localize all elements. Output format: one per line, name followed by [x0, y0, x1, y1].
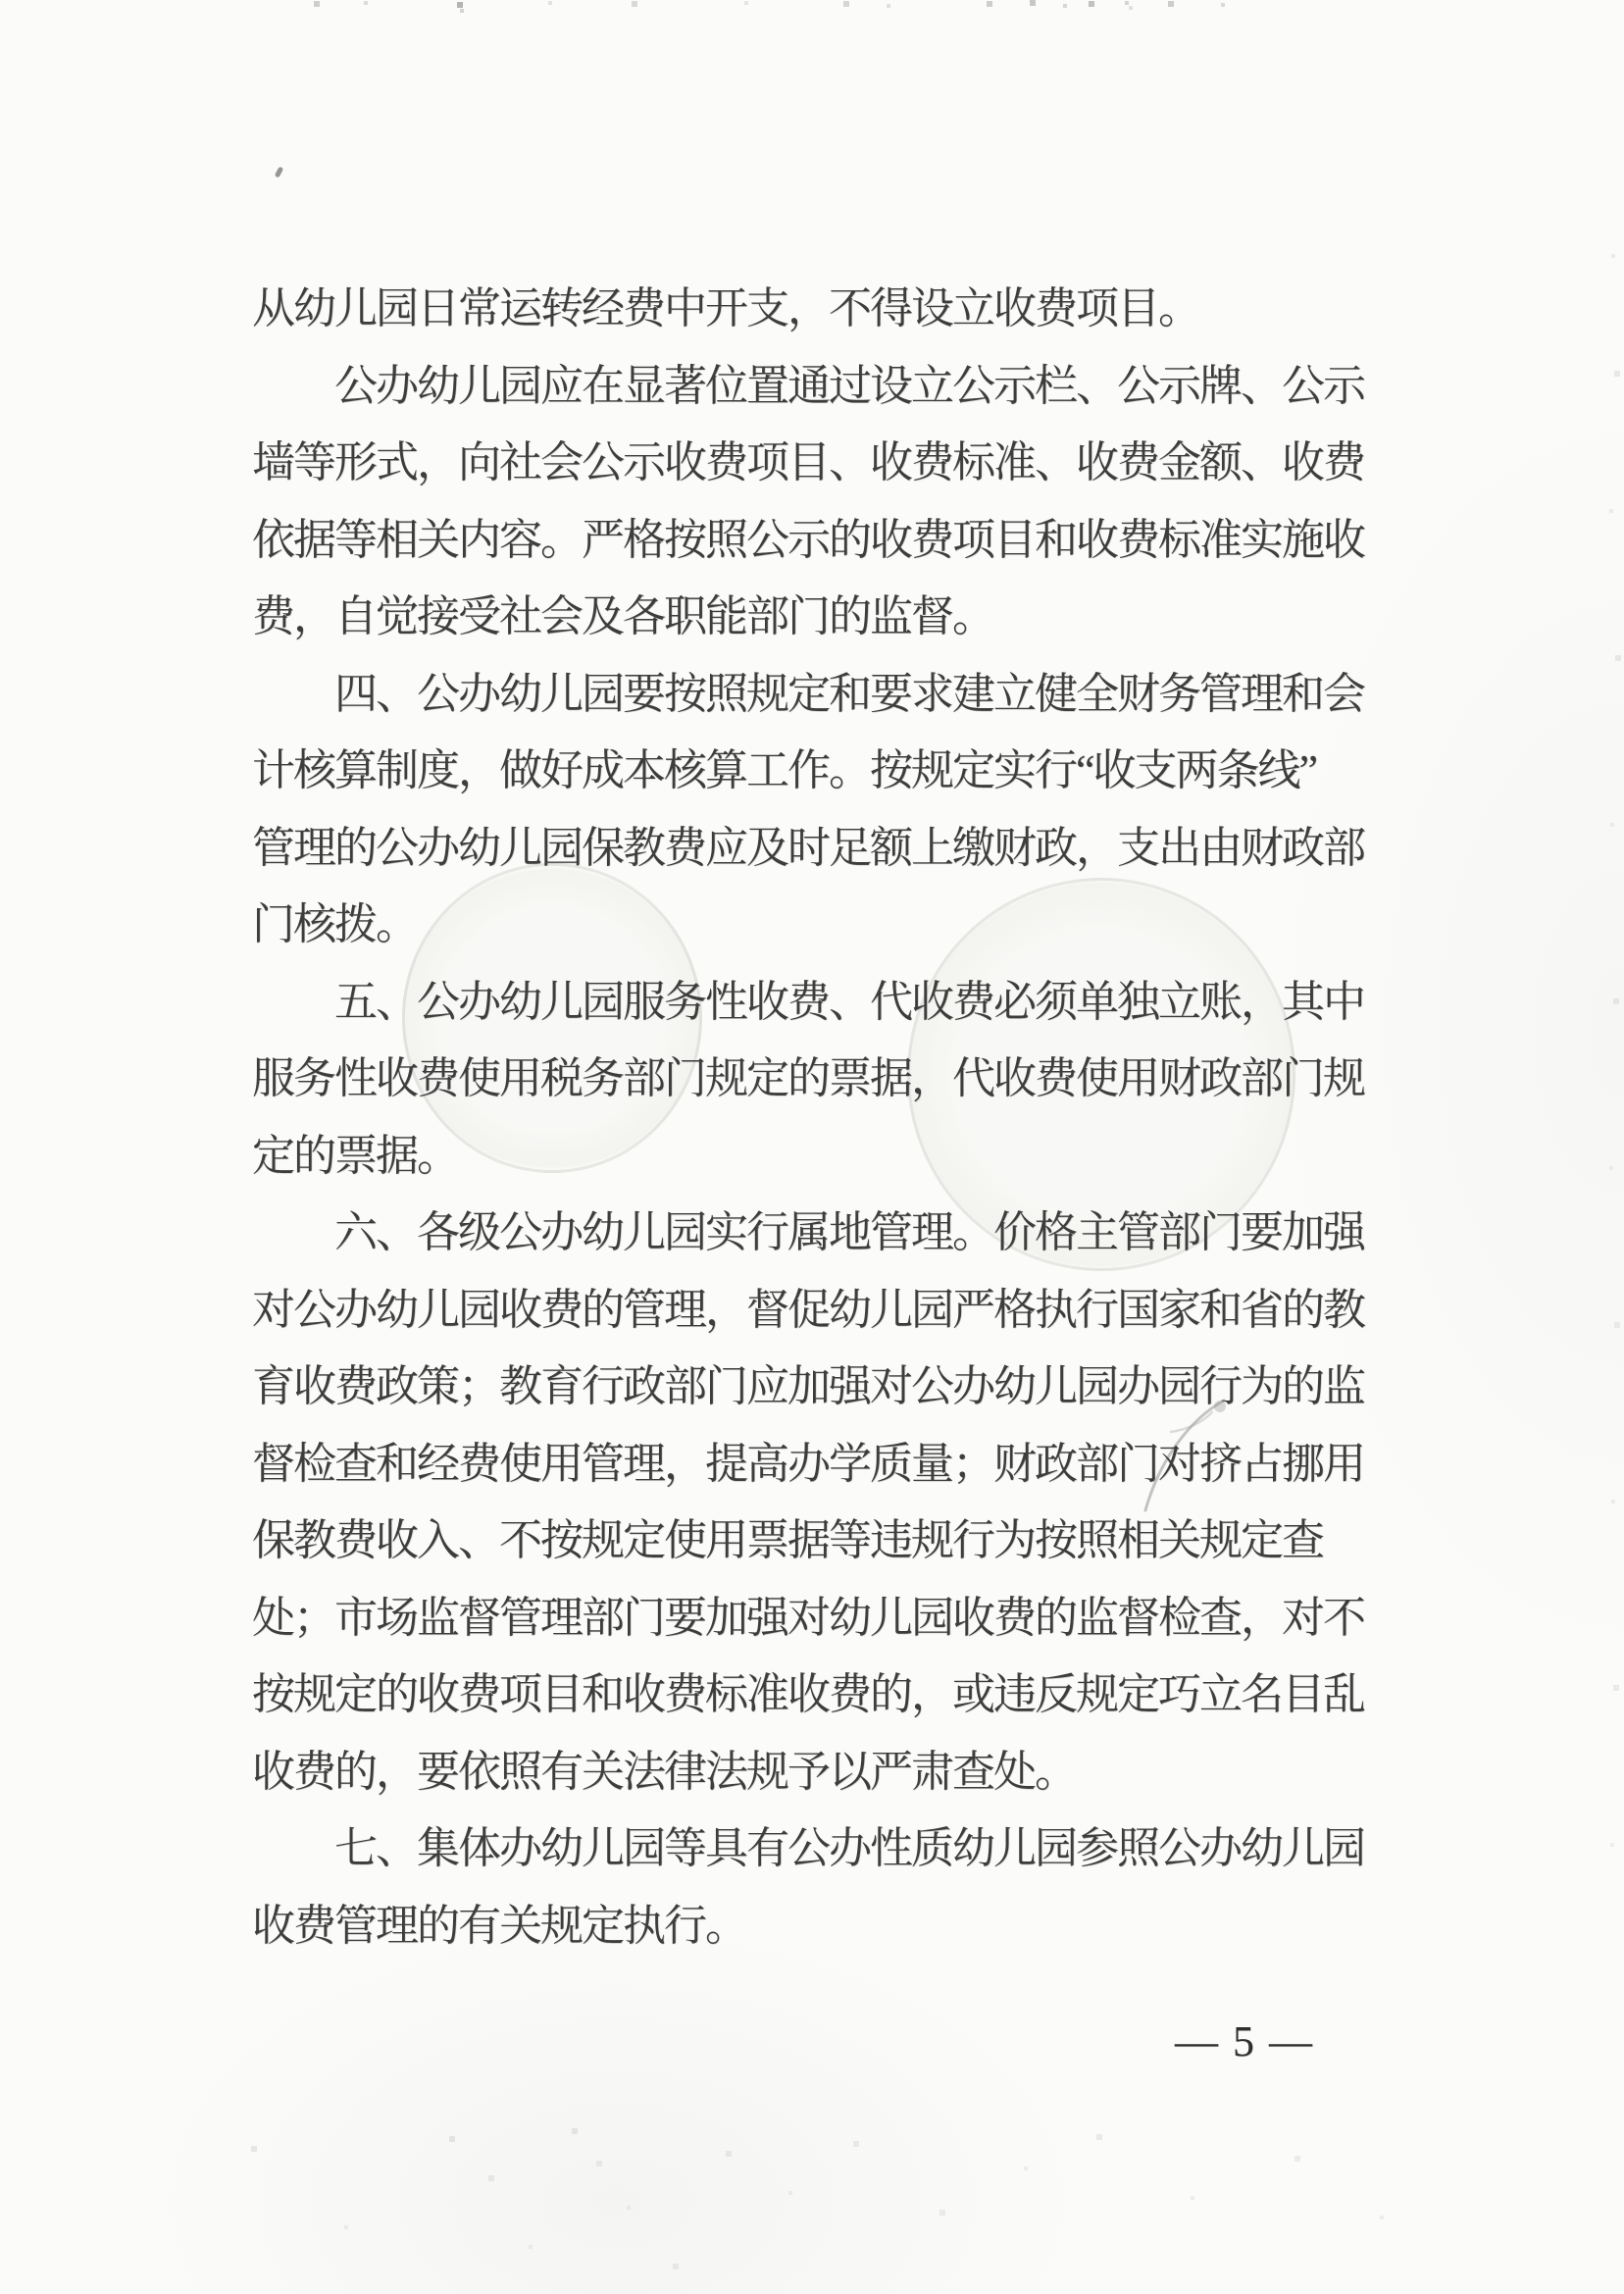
text-line: 计核算制度，做好成本核算工作。按规定实行“收支两条线” [252, 733, 1409, 810]
text-line: 管理的公办幼儿园保教费应及时足额上缴财政，支出由财政部 [252, 810, 1409, 888]
text-line: 费，自觉接受社会及各职能部门的监督。 [252, 579, 1409, 656]
text-line: 依据等相关内容。严格按照公示的收费项目和收费标准实施收 [252, 502, 1409, 580]
text-line: 对公办幼儿园收费的管理，督促幼儿园严格执行国家和省的教 [252, 1272, 1409, 1350]
text-line: 四、公办幼儿园要按照规定和要求建立健全财务管理和会 [252, 656, 1409, 734]
page-number: — 5 — [1175, 2013, 1314, 2071]
text-line: 服务性收费使用税务部门规定的票据，代收费使用财政部门规 [252, 1041, 1409, 1118]
text-line: 收费的，要依照有关法律法规予以严肃查处。 [252, 1734, 1409, 1811]
scanned-document-page: 从幼儿园日常运转经费中开支，不得设立收费项目。公办幼儿园应在显著位置通过设立公示… [0, 0, 1624, 2294]
text-line: 育收费政策；教育行政部门应加强对公办幼儿园办园行为的监 [252, 1349, 1409, 1426]
text-line: 按规定的收费项目和收费标准收费的，或违反规定巧立名目乱 [252, 1657, 1409, 1734]
text-line: 六、各级公办幼儿园实行属地管理。价格主管部门要加强 [252, 1195, 1409, 1272]
document-body-text: 从幼儿园日常运转经费中开支，不得设立收费项目。公办幼儿园应在显著位置通过设立公示… [252, 271, 1409, 1964]
ink-speck [275, 166, 284, 178]
scan-noise-bottom-edge [0, 2118, 2, 2120]
text-line: 七、集体办幼儿园等具有公办性质幼儿园参照公办幼儿园 [252, 1810, 1409, 1888]
text-line: 处；市场监督管理部门要加强对幼儿园收费的监督检查，对不 [252, 1580, 1409, 1657]
scan-noise-top-edge [0, 1, 2, 3]
text-line: 五、公办幼儿园服务性收费、代收费必须单独立账，其中 [252, 964, 1409, 1042]
scan-noise-right-edge [1608, 196, 1610, 198]
text-line: 公办幼儿园应在显著位置通过设立公示栏、公示牌、公示 [252, 348, 1409, 426]
text-line: 门核拨。 [252, 887, 1409, 964]
text-line: 从幼儿园日常运转经费中开支，不得设立收费项目。 [252, 271, 1409, 348]
text-line: 墙等形式，向社会公示收费项目、收费标准、收费金额、收费 [252, 425, 1409, 502]
text-line: 定的票据。 [252, 1118, 1409, 1196]
text-line: 收费管理的有关规定执行。 [252, 1888, 1409, 1965]
text-line: 督检查和经费使用管理，提高办学质量；财政部门对挤占挪用 [252, 1426, 1409, 1504]
text-line: 保教费收入、不按规定使用票据等违规行为按照相关规定查 [252, 1503, 1409, 1580]
